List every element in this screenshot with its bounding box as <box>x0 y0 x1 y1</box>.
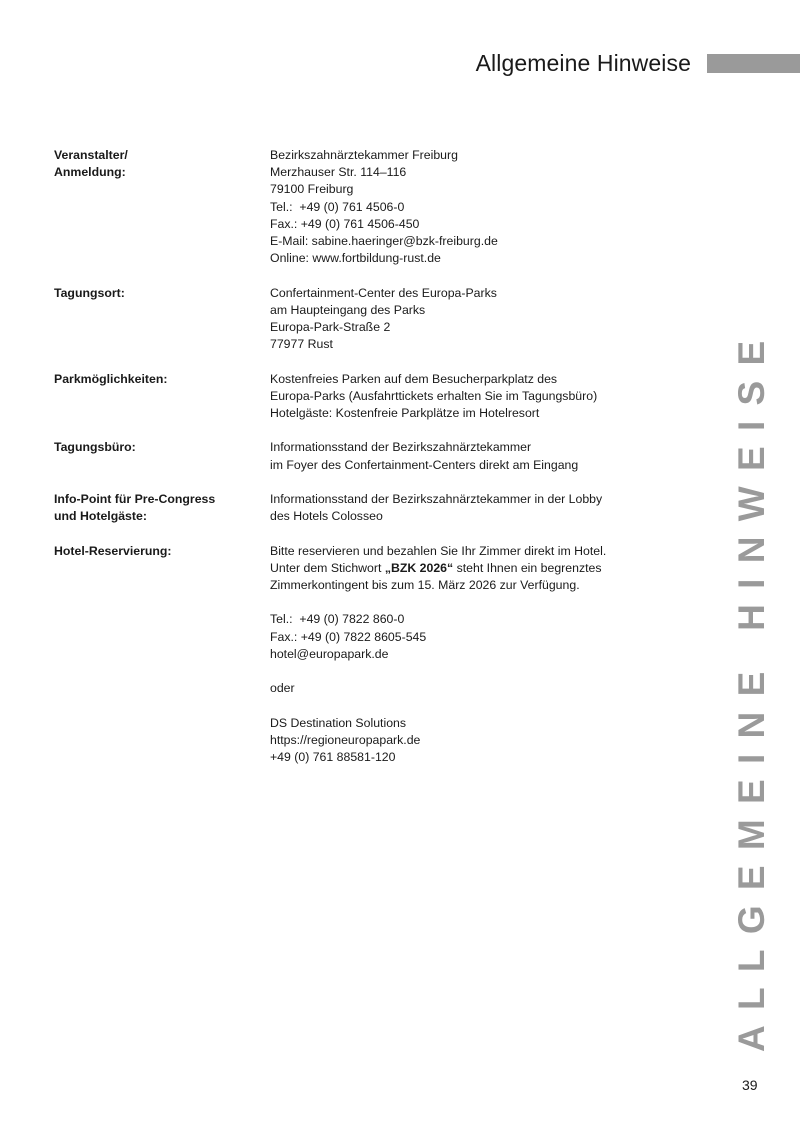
website-link[interactable]: https://regioneuropapark.de <box>270 732 694 749</box>
section-value: Bitte reservieren und bezahlen Sie Ihr Z… <box>270 543 694 767</box>
side-section-title: ALLGEMEINE HINWEISE <box>733 492 771 1052</box>
text-line: am Haupteingang des Parks <box>270 302 694 319</box>
section-label: Hotel-Reservierung: <box>54 543 270 767</box>
text-line: Hotelgäste: Kostenfreie Parkplätze im Ho… <box>270 405 694 422</box>
email-link[interactable]: E-Mail: sabine.haeringer@bzk-freiburg.de <box>270 233 694 250</box>
keyword-after: steht Ihnen ein begrenztes <box>453 561 601 575</box>
section-parking: Parkmöglichkeiten: Kostenfreies Parken a… <box>54 371 694 423</box>
section-value: Informationsstand der Bezirkszahnärzteka… <box>270 491 694 525</box>
text-line: Confertainment-Center des Europa-Parks <box>270 285 694 302</box>
text-line: Zimmerkontingent bis zum 15. März 2026 z… <box>270 577 694 594</box>
section-value: Bezirkszahnärztekammer Freiburg Merzhaus… <box>270 147 694 267</box>
fax-line: Fax.: +49 (0) 7822 8605-545 <box>270 629 694 646</box>
text-line: Europa-Parks (Ausfahrttickets erhalten S… <box>270 388 694 405</box>
section-conference-office: Tagungsbüro: Informationsstand der Bezir… <box>54 439 694 473</box>
section-venue: Tagungsort: Confertainment-Center des Eu… <box>54 285 694 354</box>
section-value: Informationsstand der Bezirkszahnärzteka… <box>270 439 694 473</box>
section-info-point: Info-Point für Pre-Congress und Hotelgäs… <box>54 491 694 525</box>
text-line: 79100 Freiburg <box>270 181 694 198</box>
spacer-line <box>270 594 694 611</box>
keyword-before: Unter dem Stichwort <box>270 561 385 575</box>
phone-line: +49 (0) 761 88581-120 <box>270 749 694 766</box>
phone-line: Tel.: +49 (0) 7822 860-0 <box>270 611 694 628</box>
section-organizer: Veranstalter/ Anmeldung: Bezirkszahnärzt… <box>54 147 694 267</box>
text-line: Kostenfreies Parken auf dem Besucherpark… <box>270 371 694 388</box>
text-line: Bitte reservieren und bezahlen Sie Ihr Z… <box>270 543 694 560</box>
spacer-line <box>270 663 694 680</box>
text-line: Merzhauser Str. 114–116 <box>270 164 694 181</box>
text-line: Europa-Park-Straße 2 <box>270 319 694 336</box>
section-label: Tagungsort: <box>54 285 270 354</box>
text-line: des Hotels Colosseo <box>270 508 694 525</box>
phone-line: Tel.: +49 (0) 761 4506-0 <box>270 199 694 216</box>
text-line: im Foyer des Confertainment-Centers dire… <box>270 457 694 474</box>
section-value: Confertainment-Center des Europa-Parks a… <box>270 285 694 354</box>
email-link[interactable]: hotel@europapark.de <box>270 646 694 663</box>
website-link[interactable]: Online: www.fortbildung-rust.de <box>270 250 694 267</box>
section-hotel-reservation: Hotel-Reservierung: Bitte reservieren un… <box>54 543 694 767</box>
page-number: 39 <box>742 1077 758 1093</box>
booking-keyword: „BZK 2026“ <box>385 561 453 575</box>
section-value: Kostenfreies Parken auf dem Besucherpark… <box>270 371 694 423</box>
fax-line: Fax.: +49 (0) 761 4506-450 <box>270 216 694 233</box>
section-label: Veranstalter/ Anmeldung: <box>54 147 270 267</box>
text-line: DS Destination Solutions <box>270 715 694 732</box>
text-line: Bezirkszahnärztekammer Freiburg <box>270 147 694 164</box>
text-line: Informationsstand der Bezirkszahnärzteka… <box>270 491 694 508</box>
section-label: Info-Point für Pre-Congress und Hotelgäs… <box>54 491 270 525</box>
info-list: Veranstalter/ Anmeldung: Bezirkszahnärzt… <box>54 147 694 783</box>
section-label: Tagungsbüro: <box>54 439 270 473</box>
page-title: Allgemeine Hinweise <box>476 49 691 77</box>
section-label: Parkmöglichkeiten: <box>54 371 270 423</box>
spacer-line <box>270 697 694 714</box>
text-line: Informationsstand der Bezirkszahnärzteka… <box>270 439 694 456</box>
text-line: 77977 Rust <box>270 336 694 353</box>
header-accent-bar <box>707 54 800 73</box>
text-line: oder <box>270 680 694 697</box>
keyword-line: Unter dem Stichwort „BZK 2026“ steht Ihn… <box>270 560 694 577</box>
